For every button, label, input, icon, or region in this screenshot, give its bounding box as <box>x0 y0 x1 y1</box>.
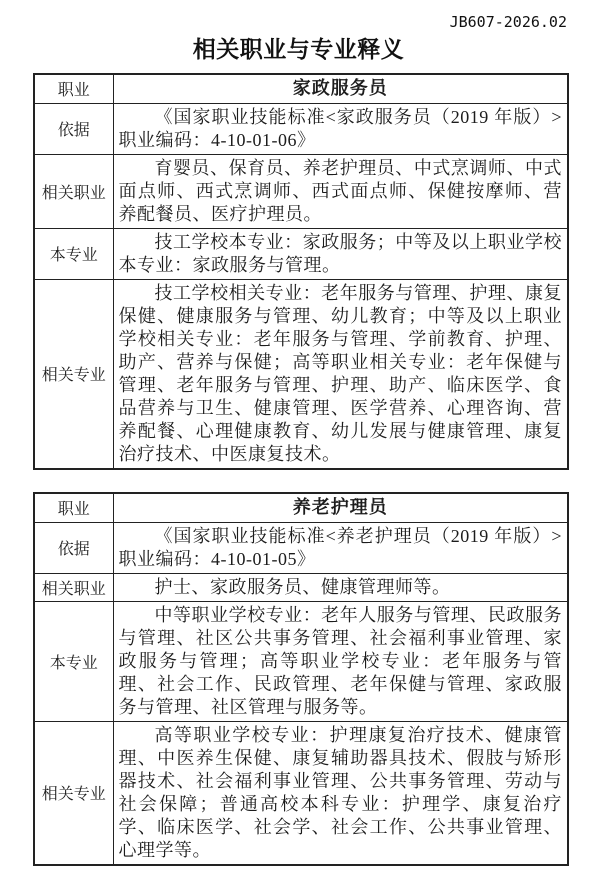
table-row: 相关专业 技工学校相关专业：老年服务与管理、护理、康复保健、健康服务与管理、幼儿… <box>34 279 568 469</box>
row-value-basis: 《国家职业技能标准<家政服务员（2019 年版）>职业编码：4-10-01-06… <box>113 103 568 154</box>
occupation-name: 家政服务员 <box>113 74 568 103</box>
table-row: 依据 《国家职业技能标准<家政服务员（2019 年版）>职业编码：4-10-01… <box>34 103 568 154</box>
row-value-related-occupations: 护士、家政服务员、健康管理师等。 <box>113 573 568 601</box>
occupation-table-elderly-caregiver: 职业 养老护理员 依据 《国家职业技能标准<养老护理员（2019 年版）>职业编… <box>33 492 569 866</box>
row-label-occupation: 职业 <box>34 493 113 522</box>
table-row: 相关专业 高等职业学校专业：护理康复治疗技术、健康管理、中医养生保健、康复辅助器… <box>34 721 568 865</box>
table-row: 职业 家政服务员 <box>34 74 568 103</box>
row-value-basis: 《国家职业技能标准<养老护理员（2019 年版）>职业编码：4-10-01-05… <box>113 522 568 573</box>
table-row: 职业 养老护理员 <box>34 493 568 522</box>
row-label-related-occupations: 相关职业 <box>34 154 113 228</box>
row-value-own-major: 中等职业学校专业：老年人服务与管理、民政服务与管理、社区公共事务管理、社会福利事… <box>113 601 568 721</box>
row-label-own-major: 本专业 <box>34 228 113 279</box>
table-row: 依据 《国家职业技能标准<养老护理员（2019 年版）>职业编码：4-10-01… <box>34 522 568 573</box>
row-label-related-majors: 相关专业 <box>34 721 113 865</box>
row-label-related-occupations: 相关职业 <box>34 573 113 601</box>
doc-number: JB607-2026.02 <box>450 13 567 31</box>
row-label-related-majors: 相关专业 <box>34 279 113 469</box>
document-page: JB607-2026.02 相关职业与专业释义 职业 家政服务员 依据 《国家职… <box>0 0 597 870</box>
table-row: 本专业 中等职业学校专业：老年人服务与管理、民政服务与管理、社区公共事务管理、社… <box>34 601 568 721</box>
page-title: 相关职业与专业释义 <box>0 31 597 64</box>
table-row: 相关职业 育婴员、保育员、养老护理员、中式烹调师、中式面点师、西式烹调师、西式面… <box>34 154 568 228</box>
row-label-occupation: 职业 <box>34 74 113 103</box>
table-row: 本专业 技工学校本专业：家政服务；中等及以上职业学校本专业：家政服务与管理。 <box>34 228 568 279</box>
occupation-table-domestic-worker: 职业 家政服务员 依据 《国家职业技能标准<家政服务员（2019 年版）>职业编… <box>33 73 569 470</box>
row-value-related-occupations: 育婴员、保育员、养老护理员、中式烹调师、中式面点师、西式烹调师、西式面点师、保健… <box>113 154 568 228</box>
row-value-related-majors: 技工学校相关专业：老年服务与管理、护理、康复保健、健康服务与管理、幼儿教育；中等… <box>113 279 568 469</box>
occupation-name: 养老护理员 <box>113 493 568 522</box>
row-label-own-major: 本专业 <box>34 601 113 721</box>
row-value-own-major: 技工学校本专业：家政服务；中等及以上职业学校本专业：家政服务与管理。 <box>113 228 568 279</box>
row-label-basis: 依据 <box>34 103 113 154</box>
row-value-related-majors: 高等职业学校专业：护理康复治疗技术、健康管理、中医养生保健、康复辅助器具技术、假… <box>113 721 568 865</box>
table-row: 相关职业 护士、家政服务员、健康管理师等。 <box>34 573 568 601</box>
row-label-basis: 依据 <box>34 522 113 573</box>
